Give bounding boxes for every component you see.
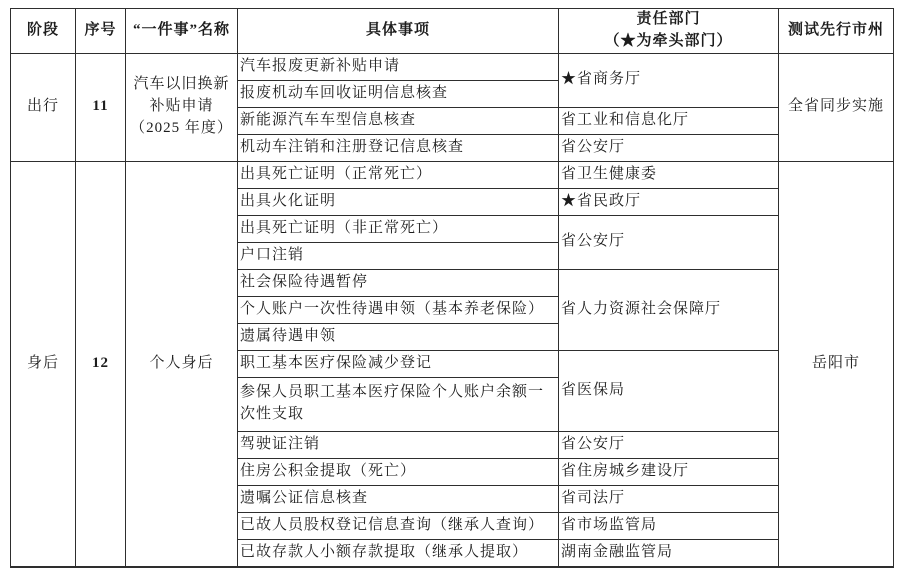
department-cell: ★省商务厅	[559, 53, 779, 107]
table-row: 身后 12 个人身后 出具死亡证明（正常死亡） 省卫生健康委 岳阳市	[11, 161, 894, 188]
department-cell: 省卫生健康委	[559, 161, 779, 188]
one-matter-services-table: 阶段 序号 “一件事”名称 具体事项 责任部门 （★为牵头部门） 测试先行市州 …	[10, 8, 894, 568]
item-cell: 出具火化证明	[238, 188, 559, 215]
pilot-cell: 岳阳市	[779, 161, 894, 567]
serial-cell: 11	[76, 53, 126, 161]
header-serial: 序号	[76, 9, 126, 54]
name-cell: 汽车以旧换新 补贴申请 （2025 年度）	[126, 53, 238, 161]
item-cell: 遗属待遇申领	[238, 323, 559, 350]
item-cell: 社会保险待遇暂停	[238, 269, 559, 296]
name-cell: 个人身后	[126, 161, 238, 567]
item-cell: 已故人员股权登记信息查询（继承人查询）	[238, 512, 559, 539]
table-row: 出行 11 汽车以旧换新 补贴申请 （2025 年度） 汽车报废更新补贴申请 ★…	[11, 53, 894, 80]
department-cell: 省公安厅	[559, 215, 779, 269]
department-cell: 省住房城乡建设厅	[559, 458, 779, 485]
pilot-cell: 全省同步实施	[779, 53, 894, 161]
item-cell: 个人账户一次性待遇申领（基本养老保险）	[238, 296, 559, 323]
item-cell: 新能源汽车车型信息核查	[238, 107, 559, 134]
item-cell: 机动车注销和注册登记信息核查	[238, 134, 559, 161]
item-cell: 汽车报废更新补贴申请	[238, 53, 559, 80]
serial-cell: 12	[76, 161, 126, 567]
header-department: 责任部门 （★为牵头部门）	[559, 9, 779, 54]
item-cell: 参保人员职工基本医疗保险个人账户余额一次性支取	[238, 377, 559, 431]
department-cell: 省公安厅	[559, 431, 779, 458]
stage-cell: 身后	[11, 161, 76, 567]
header-item: 具体事项	[238, 9, 559, 54]
header-pilot: 测试先行市州	[779, 9, 894, 54]
item-cell: 出具死亡证明（正常死亡）	[238, 161, 559, 188]
item-cell: 户口注销	[238, 242, 559, 269]
header-row: 阶段 序号 “一件事”名称 具体事项 责任部门 （★为牵头部门） 测试先行市州	[11, 9, 894, 54]
header-stage: 阶段	[11, 9, 76, 54]
item-cell: 出具死亡证明（非正常死亡）	[238, 215, 559, 242]
department-cell: 湖南金融监管局	[559, 539, 779, 567]
item-cell: 驾驶证注销	[238, 431, 559, 458]
header-name: “一件事”名称	[126, 9, 238, 54]
item-cell: 报废机动车回收证明信息核查	[238, 80, 559, 107]
item-cell: 已故存款人小额存款提取（继承人提取）	[238, 539, 559, 567]
item-cell: 职工基本医疗保险减少登记	[238, 350, 559, 377]
department-cell: 省市场监管局	[559, 512, 779, 539]
stage-cell: 出行	[11, 53, 76, 161]
department-cell: 省公安厅	[559, 134, 779, 161]
department-cell: 省医保局	[559, 350, 779, 431]
department-cell: ★省民政厅	[559, 188, 779, 215]
department-cell: 省工业和信息化厅	[559, 107, 779, 134]
department-cell: 省司法厅	[559, 485, 779, 512]
item-cell: 住房公积金提取（死亡）	[238, 458, 559, 485]
department-cell: 省人力资源社会保障厅	[559, 269, 779, 350]
item-cell: 遗嘱公证信息核查	[238, 485, 559, 512]
